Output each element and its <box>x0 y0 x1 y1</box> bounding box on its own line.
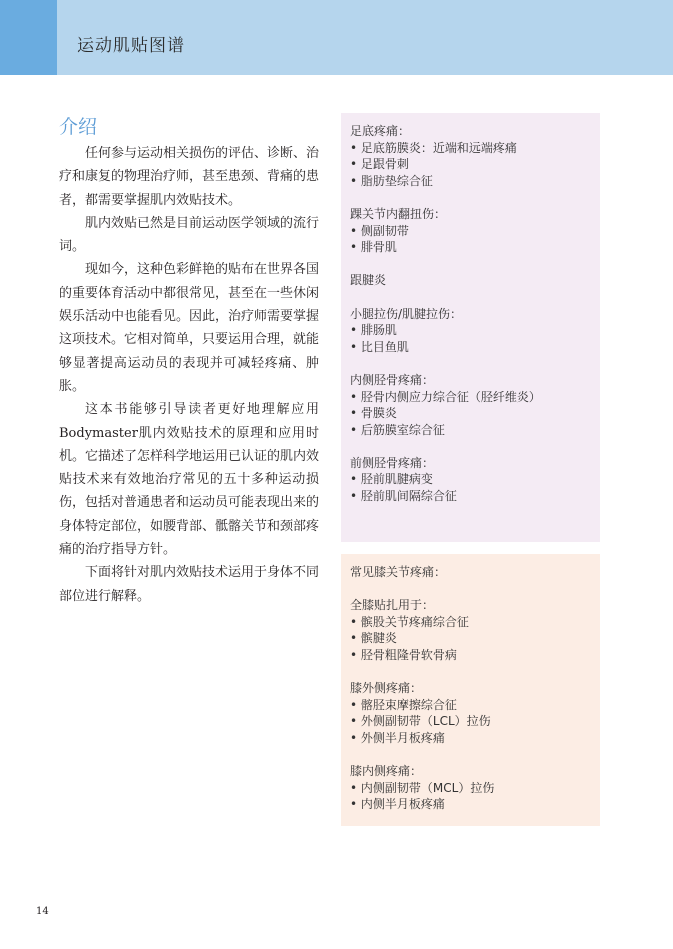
knee-conditions-box: 常见膝关节疼痛： 全膝贴扎用于： 髌股关节疼痛综合征 髌腱炎 胫骨粗隆骨软骨病 … <box>341 554 600 826</box>
group-title: 踝关节内翻扭伤： <box>350 206 592 223</box>
list-item: 骨膜炎 <box>350 405 592 422</box>
group-title: 足底疼痛： <box>350 123 592 140</box>
list-item: 髌股关节疼痛综合征 <box>350 614 592 631</box>
group-title: 膝外侧疼痛： <box>350 680 592 697</box>
paragraph: 现如今，这种色彩鲜艳的贴布在世界各国的重要体育活动中都很常见，甚至在一些休闲娱乐… <box>59 258 319 398</box>
list-item: 内侧半月板疼痛 <box>350 796 592 813</box>
list-item: 后筋膜室综合征 <box>350 422 592 439</box>
list-item: 胫前肌腱病变 <box>350 471 592 488</box>
group-title: 小腿拉伤/肌腱拉伤： <box>350 306 592 323</box>
group-title: 前侧胫骨疼痛： <box>350 455 592 472</box>
list-item: 腓骨肌 <box>350 239 592 256</box>
list-item: 胫骨内侧应力综合征（胫纤维炎） <box>350 389 592 406</box>
paragraph: 这本书能够引导读者更好地理解应用Bodymaster肌内效贴技术的原理和应用时机… <box>59 398 319 561</box>
condition-group: 前侧胫骨疼痛： 胫前肌腱病变 胫前肌间隔综合征 <box>350 455 592 505</box>
condition-group: 踝关节内翻扭伤： 侧副韧带 腓骨肌 <box>350 206 592 256</box>
condition-group: 内侧胫骨疼痛： 胫骨内侧应力综合征（胫纤维炎） 骨膜炎 后筋膜室综合征 <box>350 372 592 438</box>
condition-group: 全膝贴扎用于： 髌股关节疼痛综合征 髌腱炎 胫骨粗隆骨软骨病 <box>350 597 592 663</box>
list-item: 髂胫束摩擦综合征 <box>350 697 592 714</box>
condition-group: 膝外侧疼痛： 髂胫束摩擦综合征 外侧副韧带（LCL）拉伤 外侧半月板疼痛 <box>350 680 592 746</box>
list-item: 髌腱炎 <box>350 630 592 647</box>
list-item: 脂肪垫综合征 <box>350 173 592 190</box>
paragraph: 下面将针对肌内效贴技术运用于身体不同部位进行解释。 <box>59 561 319 608</box>
list-item: 外侧副韧带（LCL）拉伤 <box>350 713 592 730</box>
condition-group: 常见膝关节疼痛： <box>350 564 592 581</box>
header-accent-bar <box>0 0 57 75</box>
book-title: 运动肌贴图谱 <box>77 31 185 56</box>
group-title: 全膝贴扎用于： <box>350 597 592 614</box>
list-item: 比目鱼肌 <box>350 339 592 356</box>
list-item: 胫骨粗隆骨软骨病 <box>350 647 592 664</box>
list-item: 足跟骨刺 <box>350 156 592 173</box>
condition-group: 跟腱炎 <box>350 272 592 289</box>
list-item: 内侧副韧带（MCL）拉伤 <box>350 780 592 797</box>
list-item: 外侧半月板疼痛 <box>350 730 592 747</box>
condition-group: 足底疼痛： 足底筋膜炎：近端和远端疼痛 足跟骨刺 脂肪垫综合征 <box>350 123 592 189</box>
list-item: 侧副韧带 <box>350 223 592 240</box>
group-title: 跟腱炎 <box>350 272 592 289</box>
list-item: 胫前肌间隔综合征 <box>350 488 592 505</box>
paragraph: 肌内效贴已然是目前运动医学领域的流行词。 <box>59 212 319 259</box>
list-item: 腓肠肌 <box>350 322 592 339</box>
group-title: 膝内侧疼痛： <box>350 763 592 780</box>
intro-body: 任何参与运动相关损伤的评估、诊断、治疗和康复的物理治疗师，甚至患颈、背痛的患者，… <box>59 142 319 608</box>
list-item: 足底筋膜炎：近端和远端疼痛 <box>350 140 592 157</box>
group-title: 内侧胫骨疼痛： <box>350 372 592 389</box>
page-number: 14 <box>36 906 49 917</box>
group-title: 常见膝关节疼痛： <box>350 564 592 581</box>
lower-leg-conditions-box: 足底疼痛： 足底筋膜炎：近端和远端疼痛 足跟骨刺 脂肪垫综合征 踝关节内翻扭伤：… <box>341 113 600 542</box>
paragraph: 任何参与运动相关损伤的评估、诊断、治疗和康复的物理治疗师，甚至患颈、背痛的患者，… <box>59 142 319 212</box>
condition-group: 膝内侧疼痛： 内侧副韧带（MCL）拉伤 内侧半月板疼痛 <box>350 763 592 813</box>
section-heading: 介绍 <box>59 112 97 139</box>
condition-group: 小腿拉伤/肌腱拉伤： 腓肠肌 比目鱼肌 <box>350 306 592 356</box>
page-header: 运动肌贴图谱 <box>0 0 673 75</box>
